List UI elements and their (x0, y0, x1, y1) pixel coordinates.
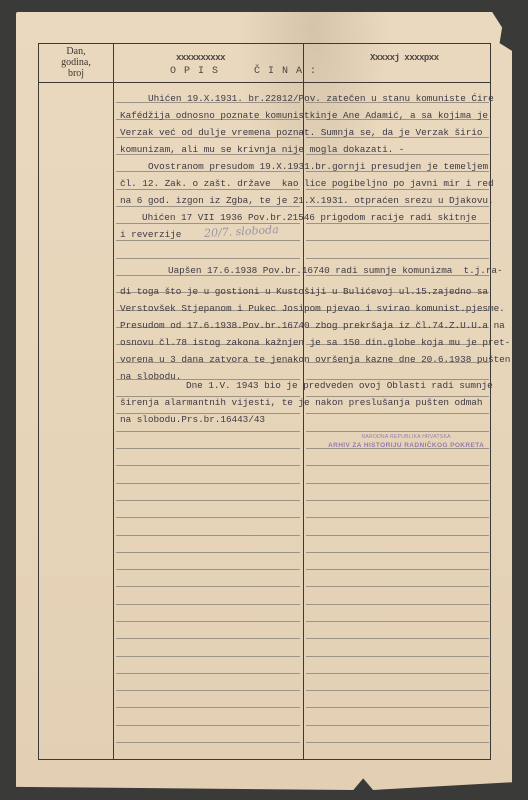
typed-line: Presudom od 17.6.1938.Pov.br.16740 zbog … (120, 320, 505, 331)
ruled-line (116, 431, 300, 432)
ruled-line (306, 690, 489, 691)
stamp-line-1: NARODNA REPUBLIKA HRVATSKA (328, 434, 484, 440)
typed-line: i reverzije (120, 229, 181, 240)
ruled-line (306, 552, 489, 553)
stamp-line-2: ARHIV ZA HISTORIJU RADNIČKOG POKRETA (328, 442, 484, 449)
typed-line: di toga što je u gostioni u Kustošiji u … (120, 286, 488, 297)
ruled-line (116, 189, 300, 190)
ruled-line (306, 673, 489, 674)
ruled-line (306, 604, 489, 605)
typed-line: širenja alarmantnih vijesti, te je nakon… (120, 397, 482, 408)
ruled-line (306, 621, 489, 622)
ruled-line (116, 448, 300, 449)
typed-line: komunizam, ali mu se krivnja nije mogla … (120, 144, 404, 155)
typed-line: Ovostranom presudom 19.X.1931.br.gornji … (148, 161, 488, 172)
ruled-line (306, 586, 489, 587)
ruled-line (116, 240, 300, 241)
ruled-line (116, 690, 300, 691)
ruled-line (306, 725, 489, 726)
ruled-line (116, 742, 300, 743)
ruled-line (306, 569, 489, 570)
ruled-line (116, 483, 300, 484)
ruled-line (116, 656, 300, 657)
column-divider-date (113, 43, 114, 760)
typed-line: Verstovšek Stjepanom i Pukec Josipom pje… (120, 303, 505, 314)
ruled-line (306, 535, 489, 536)
ruled-line (306, 742, 489, 743)
ruled-line (306, 189, 489, 190)
ruled-line (116, 586, 300, 587)
ruled-line (306, 656, 489, 657)
typed-line: Uhićen 17 VII 1936 Pov.br.21546 prigodom… (142, 212, 477, 223)
ruled-line (116, 673, 300, 674)
header-divider (38, 82, 491, 83)
ruled-line (306, 500, 489, 501)
ruled-line (306, 223, 489, 224)
date-column-header: Dan, godina, broj (39, 46, 113, 79)
ruled-line (116, 638, 300, 639)
ruled-line (306, 258, 489, 259)
header-dan: Dan, (39, 46, 113, 57)
header-godina: godina, (39, 57, 113, 68)
ruled-line (116, 725, 300, 726)
ruled-line (306, 483, 489, 484)
ruled-line (306, 206, 489, 207)
ruled-line (116, 707, 300, 708)
typed-line: vorena u 3 dana zatvora te jenakon ovrše… (120, 354, 510, 365)
ruled-line (116, 621, 300, 622)
typed-line: Verzak već od dulje vremena poznat. Sumn… (120, 127, 482, 138)
ruled-line (116, 604, 300, 605)
ruled-line (306, 707, 489, 708)
ruled-line (306, 431, 489, 432)
ruled-line (116, 535, 300, 536)
opis-cina-title: O P I S Č I N A : (170, 66, 317, 77)
ruled-line (116, 465, 300, 466)
typed-line: Kafédžija odnosno poznate komunistkinje … (120, 110, 488, 121)
typed-line: Uhićen 19.X.1931. br.22812/Pov. zatečen … (148, 93, 494, 104)
archive-stamp: NARODNA REPUBLIKA HRVATSKA ARHIV ZA HIST… (328, 434, 484, 449)
typed-line: osnovu čl.78 istog zakona kažnjen je sa … (120, 337, 510, 348)
struck-header-left: xxxxxxxxxx (176, 53, 225, 63)
ruled-line (306, 413, 489, 414)
header-broj: broj (39, 68, 113, 79)
ruled-line (306, 638, 489, 639)
typed-line: Dne 1.V. 1943 bio je predveden ovoj Obla… (186, 380, 493, 391)
typed-line: na slobodu. (120, 371, 181, 382)
typed-line: na slobodu.Prs.br.16443/43 (120, 414, 265, 425)
ruled-line (116, 206, 300, 207)
typed-line: Uapšen 17.6.1938 Pov.br.16740 radi sumnj… (168, 265, 503, 276)
ruled-line (116, 258, 300, 259)
ruled-line (116, 569, 300, 570)
ruled-line (116, 500, 300, 501)
ruled-line (116, 517, 300, 518)
ruled-line (306, 240, 489, 241)
ruled-line (306, 517, 489, 518)
typed-line: na 6 god. izgon iz Zgba, te je 21.X.1931… (120, 195, 494, 206)
typed-line: čl. 12. Zak. o zašt. države kao lice pog… (120, 178, 494, 189)
struck-header-right: Xxxxxj xxxxpxx (370, 53, 439, 63)
ruled-line (116, 552, 300, 553)
ruled-line (306, 465, 489, 466)
